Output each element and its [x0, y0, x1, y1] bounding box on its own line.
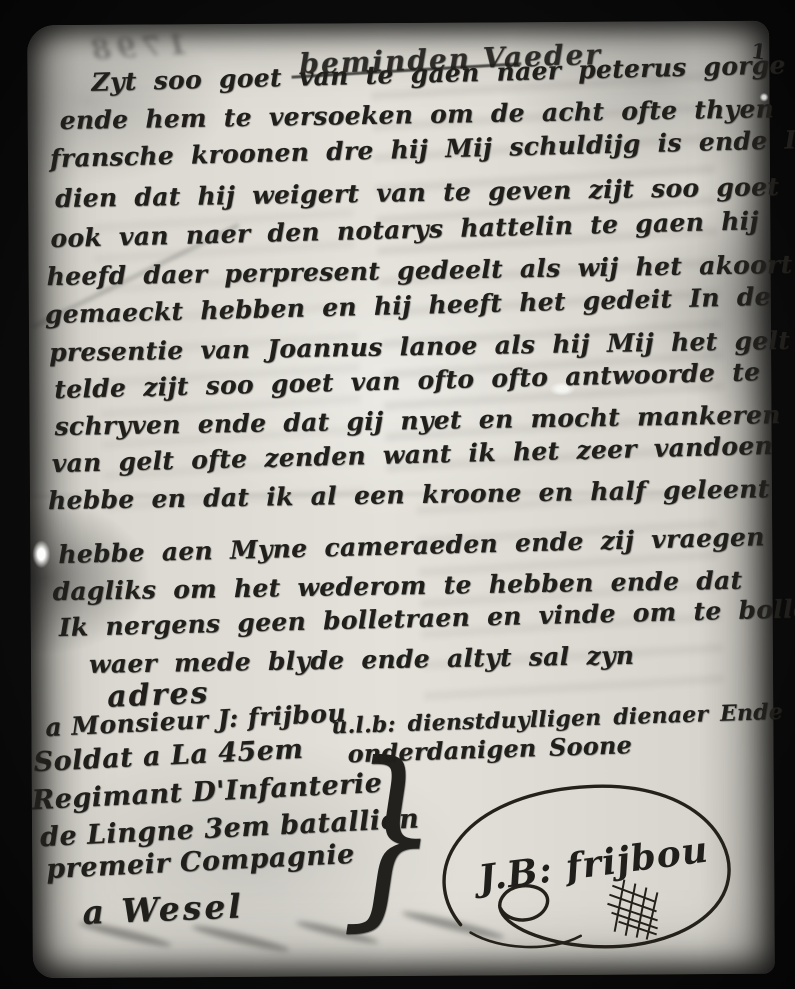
scanned-letter: 1798 1 beminden Vaeder Zyt soo goet van …: [0, 0, 795, 989]
address-place: a Wesel: [82, 886, 245, 932]
letter-page: 1798 1 beminden Vaeder Zyt soo goet van …: [27, 21, 775, 979]
paper-hole: [32, 540, 50, 568]
signature-flourish: J.B: frijbou: [430, 773, 751, 975]
ink-smudge: [191, 922, 290, 954]
signature-text: J.B: frijbou: [470, 829, 711, 901]
signature-hatching: [607, 879, 657, 939]
bleedthrough-year: 1798: [84, 28, 188, 67]
signature-underswirl: [471, 932, 581, 948]
